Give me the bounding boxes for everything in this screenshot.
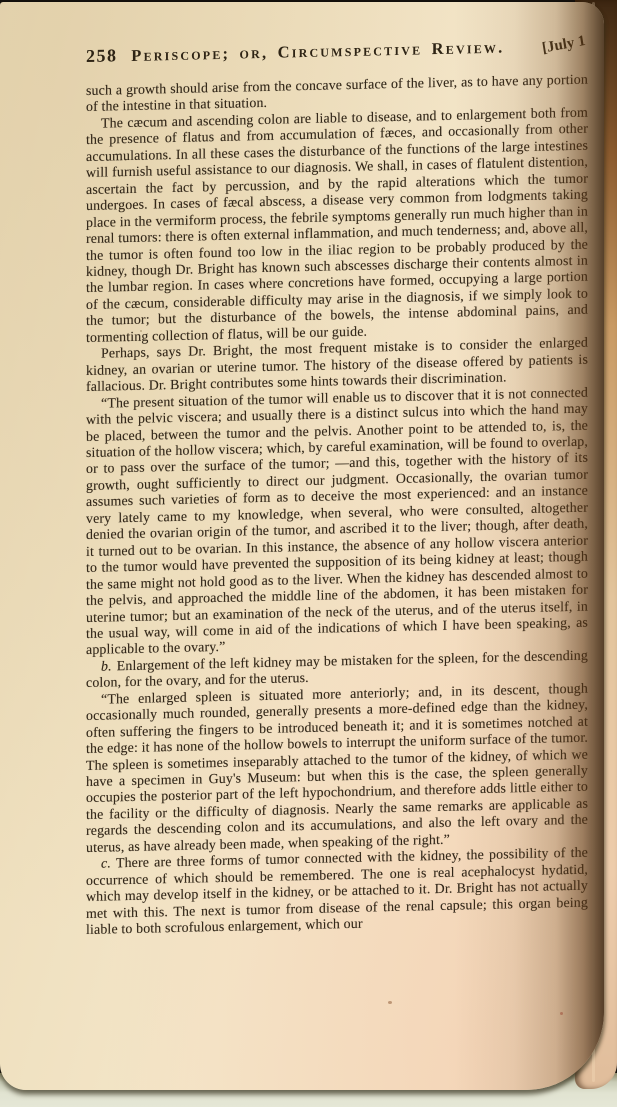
paragraph-quote-present-situation: “The present situation of the tumor will… <box>86 385 588 660</box>
page-text-column: 258 Periscope; or, Circumspective Review… <box>86 35 588 940</box>
page-edge-highlight <box>592 2 595 1082</box>
page-number: 258 <box>86 45 118 67</box>
body-text: such a growth should arise from the conc… <box>86 73 588 940</box>
book-photo: 258 Periscope; or, Circumspective Review… <box>0 0 617 1107</box>
running-title: Periscope; or, Circumspective Review. <box>118 37 545 67</box>
paragraph-item-c: c.There are three forms of tumor connect… <box>86 846 588 940</box>
paragraph-caecum-colon: The cæcum and ascending colon are liable… <box>86 106 588 348</box>
book-page: 258 Periscope; or, Circumspective Review… <box>0 2 604 1090</box>
item-c-marker: c. <box>101 857 116 872</box>
item-b-marker: b. <box>101 659 117 674</box>
header-date: [July 1 <box>541 33 587 58</box>
page-header: 258 Periscope; or, Circumspective Review… <box>86 35 588 67</box>
paragraph-quote-enlarged-spleen: “The enlarged spleen is situated more an… <box>86 681 588 857</box>
